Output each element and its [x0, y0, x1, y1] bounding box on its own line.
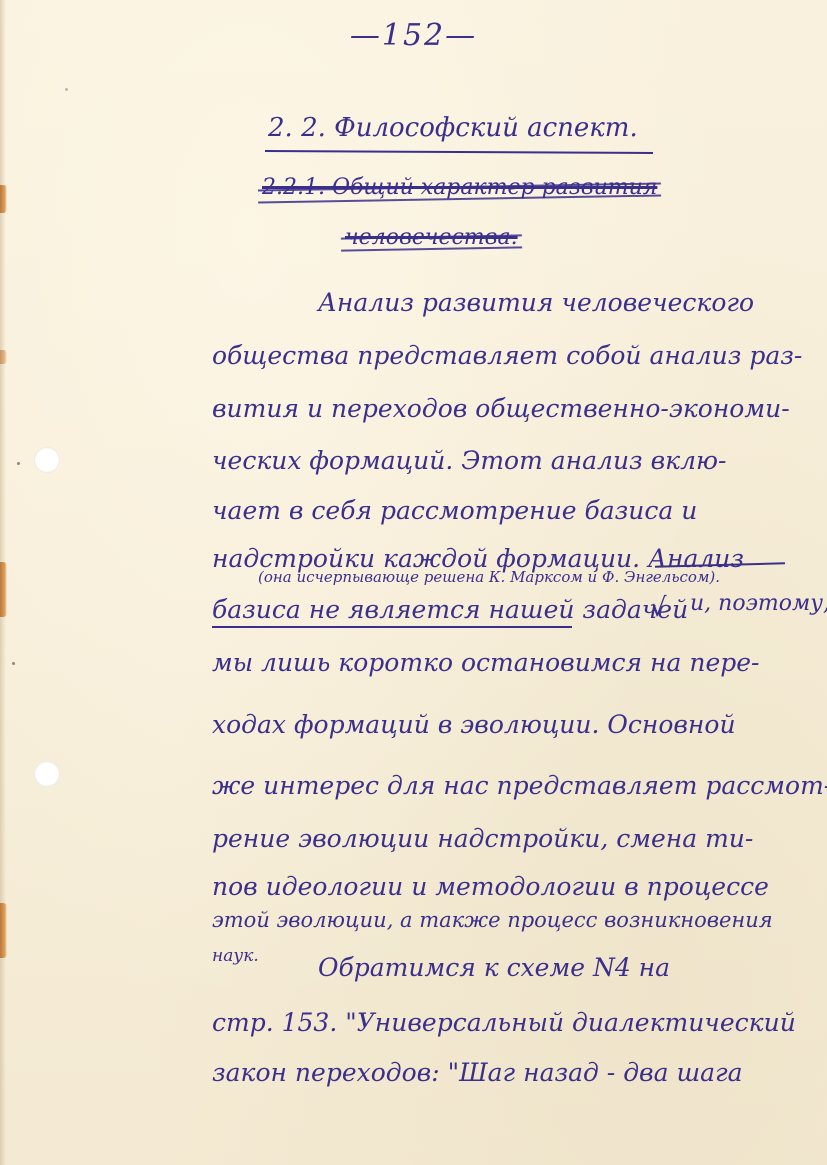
paper-speck: [65, 88, 68, 91]
body-line: общества представляет собой анализ раз-: [212, 343, 802, 368]
rust-stain: [0, 903, 7, 958]
body-line: вития и переходов общественно-экономи-: [212, 396, 790, 421]
struck-subtitle-line-2: человечества.: [345, 225, 518, 250]
rust-stain: [0, 562, 7, 617]
struck-subtitle-line-1: 2.2.1. Общий характер развития: [262, 175, 657, 200]
section-heading: 2. 2. Философский аспект.: [268, 113, 638, 143]
body-line: стр. 153. "Универсальный диалектический: [212, 1010, 796, 1035]
body-line: пов идеологии и методологии в процессе: [212, 874, 769, 899]
rust-stain: [0, 185, 7, 213]
manuscript-page: —152— 2. 2. Философский аспект. 2.2.1. О…: [0, 0, 827, 1165]
body-line: мы лишь коротко остановимся на пере-: [212, 650, 760, 675]
body-line: чает в себя рассмотрение базиса и: [212, 498, 697, 523]
page-number: —152—: [0, 18, 827, 53]
insertion-caret-icon: √: [650, 593, 667, 623]
body-line: ческих формаций. Этот анализ вклю-: [212, 448, 727, 473]
body-line: же интерес для нас представляет рассмот-: [212, 773, 827, 798]
body-line: рение эволюции надстройки, смена ти-: [212, 826, 753, 851]
body-line: ходах формаций в эволюции. Основной: [212, 712, 736, 737]
paper-speck: [12, 662, 15, 665]
body-line: наук.: [212, 948, 259, 965]
body-line-continuation: и, поэтому,: [690, 593, 827, 615]
body-line: Обратимся к схеме N4 на: [318, 955, 670, 980]
marginal-insertion: (она исчерпывающе решена К. Марксом и Ф.…: [258, 568, 720, 586]
punch-hole: [34, 761, 60, 787]
body-line: закон переходов: "Шаг назад - два шага: [212, 1060, 743, 1085]
punch-hole: [34, 447, 60, 473]
body-line: Анализ развития человеческого: [318, 290, 754, 315]
rust-stain: [0, 350, 7, 364]
heading-underline: [265, 150, 653, 154]
body-line: этой эволюции, а также процесс возникнов…: [212, 910, 773, 931]
body-line: базиса не является нашей задачей: [212, 597, 688, 622]
insertion-underline: [212, 626, 572, 628]
paper-speck: [17, 462, 20, 465]
